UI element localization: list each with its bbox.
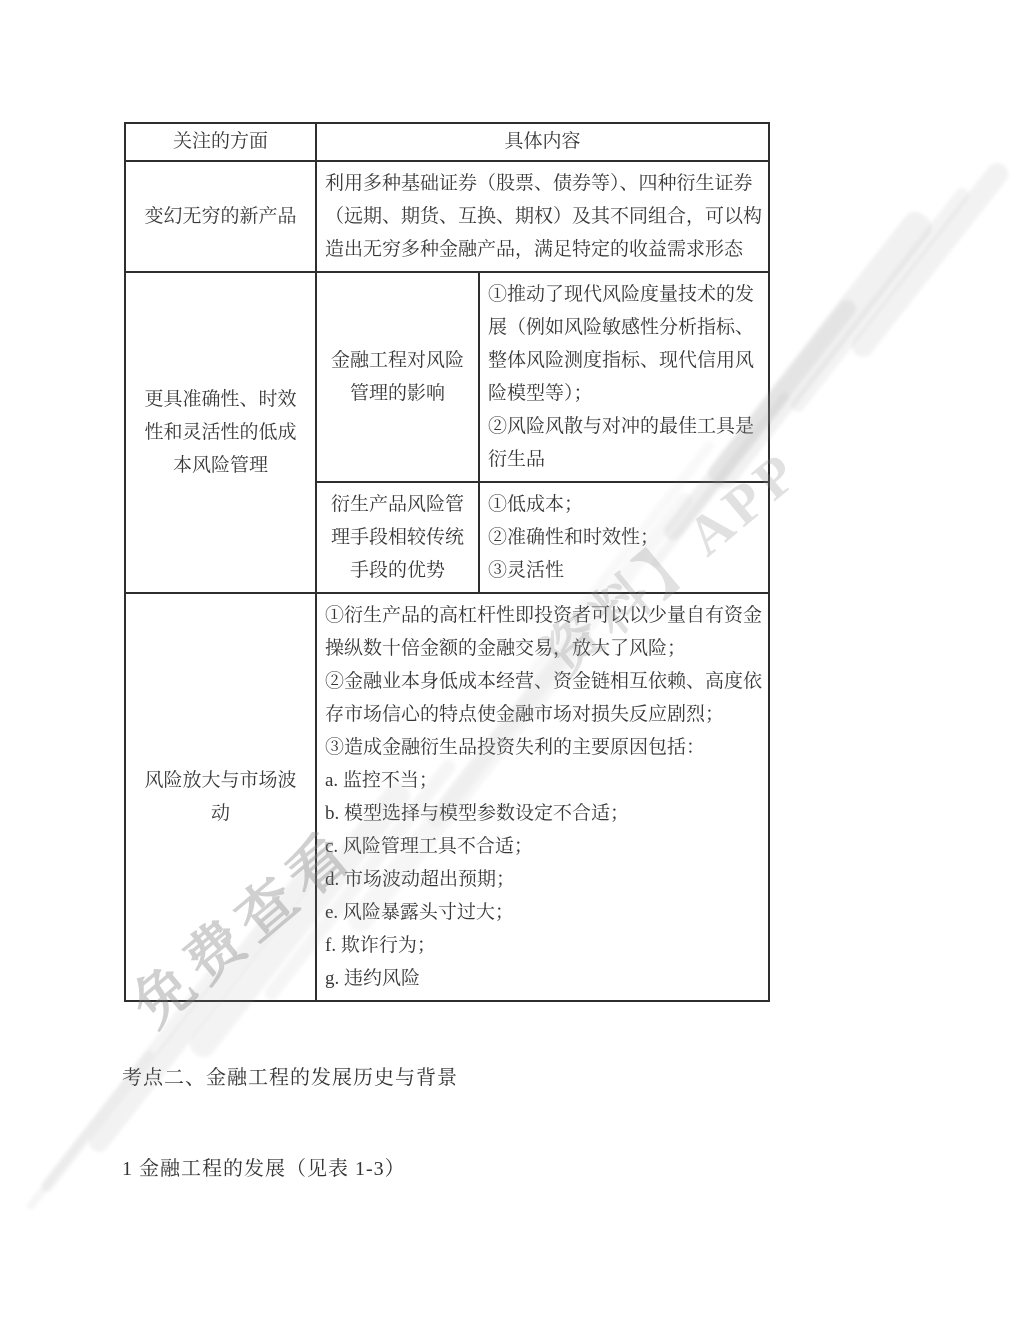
table-row-risk-management-impact: 更具准确性、时效性和灵活性的低成本风险管理 金融工程对风险管理的影响 ①推动了现… (125, 272, 769, 482)
cell-sublabel-impact: 金融工程对风险管理的影响 (316, 272, 479, 482)
summary-table: 关注的方面 具体内容 变幻无穷的新产品 利用多种基础证券（股票、债券等）、四种衍… (124, 122, 770, 1002)
content-line: a. 监控不当； (325, 764, 762, 797)
table-header-row: 关注的方面 具体内容 (125, 123, 769, 161)
cell-sublabel-advantages: 衍生产品风险管理手段相较传统手段的优势 (316, 482, 479, 593)
cell-aspect-risk-amplification: 风险放大与市场波动 (125, 593, 316, 1001)
content-line: b. 模型选择与模型参数设定不合适； (325, 797, 762, 830)
section-heading: 考点二、金融工程的发展历史与背景 (122, 1061, 458, 1090)
content-line: c. 风险管理工具不合适； (325, 830, 762, 863)
cell-aspect-risk-management: 更具准确性、时效性和灵活性的低成本风险管理 (125, 272, 316, 593)
header-cell-aspect: 关注的方面 (125, 123, 316, 161)
content-line: g. 违约风险 (325, 962, 762, 995)
table-row-new-products: 变幻无穷的新产品 利用多种基础证券（股票、债券等）、四种衍生证券（远期、期货、互… (125, 161, 769, 272)
content-line: ②风险风散与对冲的最佳工具是衍生品 (488, 410, 762, 476)
content-line: ①衍生产品的高杠杆性即投资者可以以少量自有资金操纵数十倍金额的金融交易，放大了风… (325, 599, 762, 665)
cell-content-impact: ①推动了现代风险度量技术的发展（例如风险敏感性分析指标、整体风险测度指标、现代信… (479, 272, 769, 482)
document-page: 关注的方面 具体内容 变幻无穷的新产品 利用多种基础证券（股票、债券等）、四种衍… (0, 0, 1020, 1320)
content-line: f. 欺诈行为； (325, 929, 762, 962)
subsection-heading: 1 金融工程的发展（见表 1-3） (122, 1152, 406, 1181)
cell-content-risk-amplification: ①衍生产品的高杠杆性即投资者可以以少量自有资金操纵数十倍金额的金融交易，放大了风… (316, 593, 769, 1001)
content-line: d. 市场波动超出预期； (325, 863, 762, 896)
cell-content-new-products: 利用多种基础证券（股票、债券等）、四种衍生证券（远期、期货、互换、期权）及其不同… (316, 161, 769, 272)
cell-aspect-new-products: 变幻无穷的新产品 (125, 161, 316, 272)
content-line: ③造成金融衍生品投资失利的主要原因包括： (325, 731, 762, 764)
content-line: ②准确性和时效性； (488, 521, 762, 554)
content-line: ②金融业本身低成本经营、资金链相互依赖、高度依存市场信心的特点使金融市场对损失反… (325, 665, 762, 731)
content-line: ③灵活性 (488, 554, 762, 587)
cell-content-advantages: ①低成本；②准确性和时效性；③灵活性 (479, 482, 769, 593)
brush-stroke (788, 185, 971, 414)
content-line: ①低成本； (488, 488, 762, 521)
header-cell-content: 具体内容 (316, 123, 769, 161)
table-row-risk-amplification: 风险放大与市场波动 ①衍生产品的高杠杆性即投资者可以以少量自有资金操纵数十倍金额… (125, 593, 769, 1001)
brush-stroke (847, 159, 1012, 362)
content-line: ①推动了现代风险度量技术的发展（例如风险敏感性分析指标、整体风险测度指标、现代信… (488, 278, 762, 410)
content-line: e. 风险暴露头寸过大； (325, 896, 762, 929)
